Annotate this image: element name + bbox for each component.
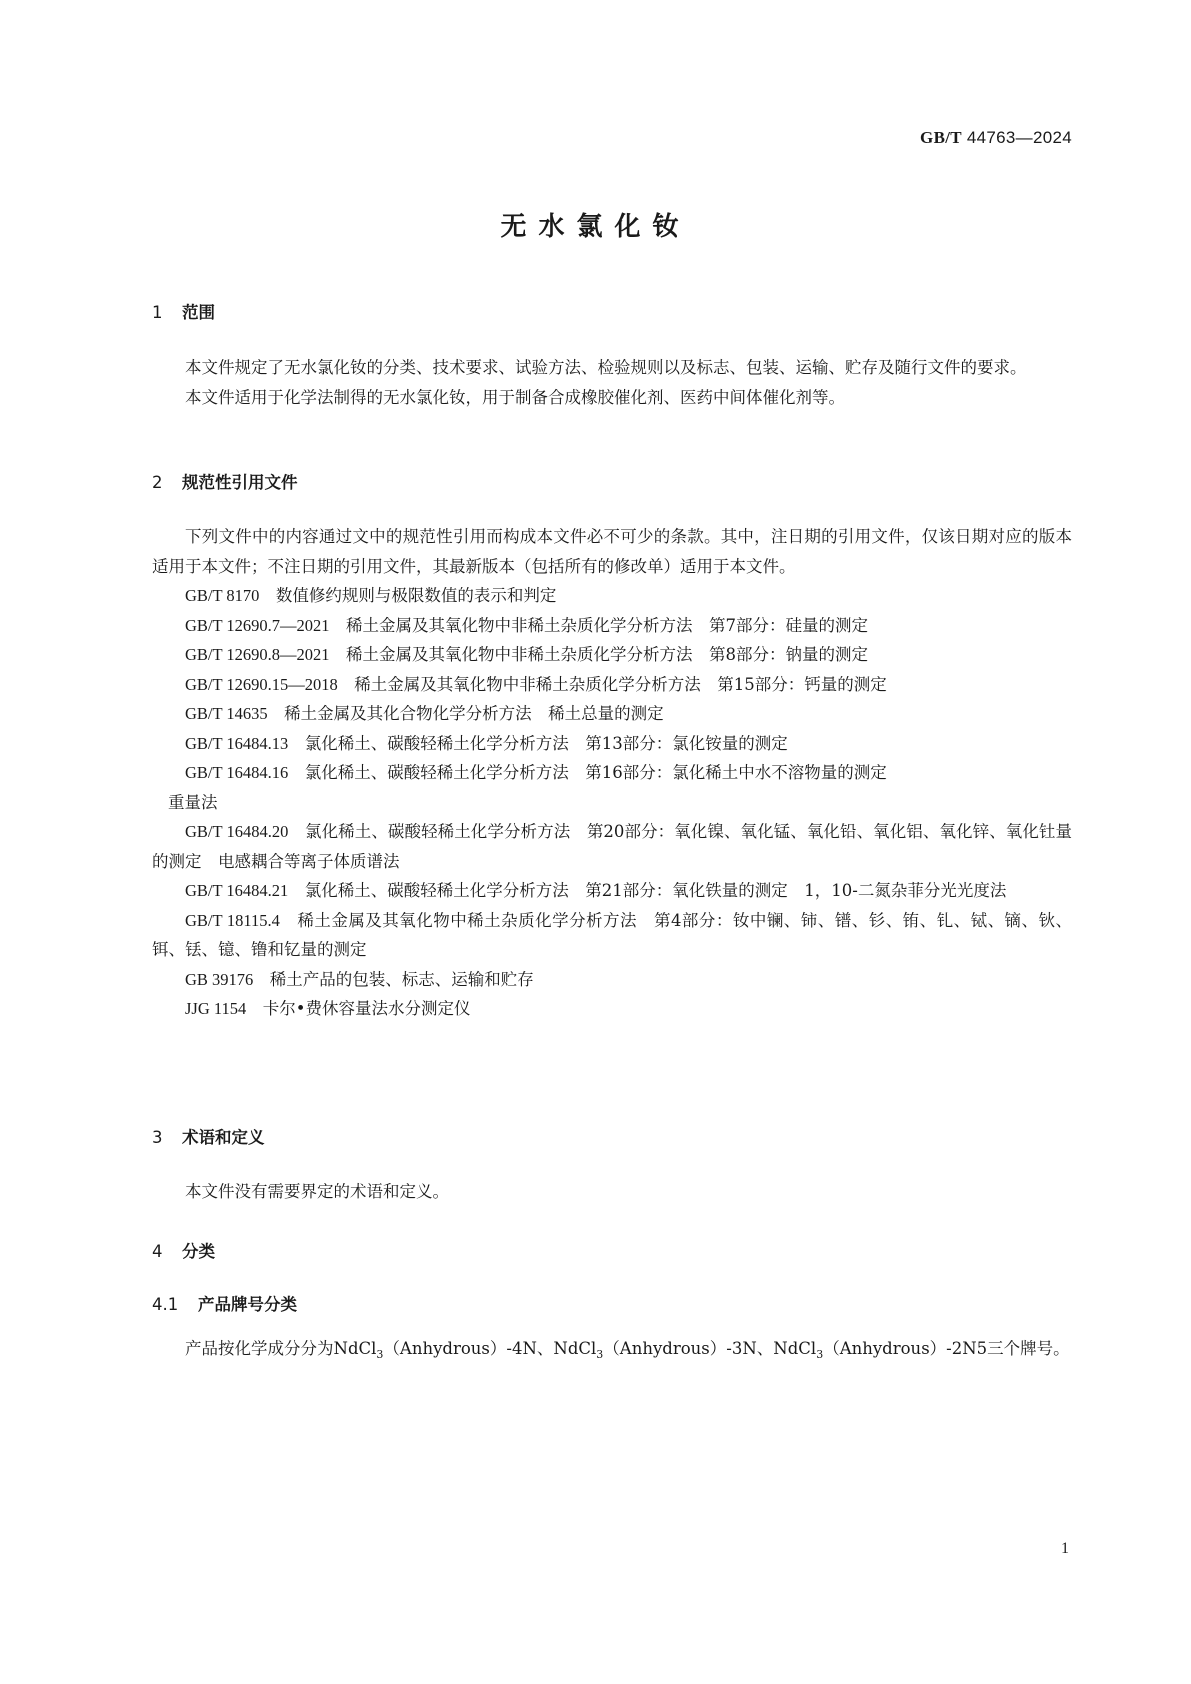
reference-title: 稀土产品的包装、标志、运输和贮存 (270, 970, 534, 989)
reference-title: 氯化稀土、碳酸轻稀土化学分析方法 第13部分：氯化铵量的测定 (305, 734, 788, 753)
section-number: 1 (152, 303, 182, 322)
reference-code: GB/T 14635 (185, 704, 268, 723)
reference-item: GB/T 16484.21 氯化稀土、碳酸轻稀土化学分析方法 第21部分：氧化铁… (152, 876, 1072, 906)
standard-number: 44763—2024 (967, 128, 1072, 147)
grade-suffix: （Anhydrous）-3N (603, 1339, 756, 1358)
reference-code: GB 39176 (185, 970, 253, 989)
reference-code: GB/T 16484.20 (185, 822, 288, 841)
reference-code: GB/T 12690.8—2021 (185, 645, 330, 664)
reference-item: GB/T 12690.7—2021 稀土金属及其氧化物中非稀土杂质化学分析方法 … (152, 611, 1072, 641)
text-fragment: 三个牌号。 (987, 1339, 1070, 1358)
grade-2: NdCl3（Anhydrous）-3N (553, 1339, 756, 1358)
reference-title: 稀土金属及其氧化物中稀土杂质化学分析方法 第4部分：钕中镧、铈、镨、钐、铕、钆、… (152, 911, 1072, 960)
document-title: 无水氯化钕 (0, 206, 1191, 243)
reference-code: GB/T 18115.4 (185, 911, 280, 930)
section-title: 分类 (182, 1242, 215, 1261)
grade-3: NdCl3（Anhydrous）-2N5 (773, 1339, 987, 1358)
reference-code: GB/T 16484.21 (185, 881, 288, 900)
reference-title: 氯化稀土、碳酸轻稀土化学分析方法 第20部分：氧化镍、氧化锰、氧化铅、氧化铝、氧… (152, 822, 1072, 871)
standard-code: GB/T 44763—2024 (920, 128, 1072, 148)
reference-title: 稀土金属及其化合物化学分析方法 稀土总量的测定 (284, 704, 664, 723)
page-number: 1 (1061, 1540, 1069, 1558)
reference-code: GB/T 12690.7—2021 (185, 616, 330, 635)
section-number: 2 (152, 473, 182, 492)
reference-code: GB/T 12690.15—2018 (185, 675, 338, 694)
section-2-heading: 2规范性引用文件 (152, 469, 298, 493)
reference-item: GB/T 8170 数值修约规则与极限数值的表示和判定 (152, 581, 1072, 611)
reference-item: GB 39176 稀土产品的包装、标志、运输和贮存 (152, 965, 1072, 995)
reference-code: GB/T 16484.13 (185, 734, 288, 753)
subsection-4-1-body: 产品按化学成分分为NdCl3（Anhydrous）-4N、NdCl3（Anhyd… (152, 1334, 1072, 1364)
section-1-heading: 1范围 (152, 299, 215, 323)
section-3-body: 本文件没有需要界定的术语和定义。 (152, 1177, 1072, 1207)
section-number: 4 (152, 1242, 182, 1261)
reference-code: JJG 1154 (185, 999, 246, 1018)
text-fragment: 产品按化学成分分为 (185, 1339, 334, 1358)
section-4-heading: 4分类 (152, 1238, 215, 1262)
reference-item: GB/T 18115.4 稀土金属及其氧化物中稀土杂质化学分析方法 第4部分：钕… (152, 906, 1072, 965)
formula: NdCl (553, 1339, 596, 1358)
reference-title: 氯化稀土、碳酸轻稀土化学分析方法 第21部分：氧化铁量的测定 1，10-二氮杂菲… (305, 881, 1007, 900)
section-3-heading: 3术语和定义 (152, 1124, 265, 1148)
grade-1: NdCl3（Anhydrous）-4N (334, 1339, 537, 1358)
paragraph: 本文件适用于化学法制得的无水氯化钕，用于制备合成橡胶催化剂、医药中间体催化剂等。 (152, 383, 1072, 413)
reference-title: 稀土金属及其氧化物中非稀土杂质化学分析方法 第7部分：硅量的测定 (346, 616, 868, 635)
subsection-number: 4.1 (152, 1295, 198, 1314)
paragraph: 产品按化学成分分为NdCl3（Anhydrous）-4N、NdCl3（Anhyd… (152, 1334, 1072, 1364)
reference-item: JJG 1154 卡尔•费休容量法水分测定仪 (152, 994, 1072, 1024)
section-title: 术语和定义 (182, 1128, 265, 1147)
reference-title: 稀土金属及其氧化物中非稀土杂质化学分析方法 第8部分：钠量的测定 (346, 645, 868, 664)
reference-item: GB/T 16484.20 氯化稀土、碳酸轻稀土化学分析方法 第20部分：氧化镍… (152, 817, 1072, 876)
subsection-title: 产品牌号分类 (198, 1295, 297, 1314)
paragraph: 下列文件中的内容通过文中的规范性引用而构成本文件必不可少的条款。其中，注日期的引… (152, 522, 1072, 581)
separator: 、 (537, 1339, 554, 1358)
section-1-body: 本文件规定了无水氯化钕的分类、技术要求、试验方法、检验规则以及标志、包装、运输、… (152, 353, 1072, 412)
reference-title: 数值修约规则与极限数值的表示和判定 (276, 586, 557, 605)
standard-prefix: GB/T (920, 128, 962, 147)
reference-item: GB/T 16484.13 氯化稀土、碳酸轻稀土化学分析方法 第13部分：氯化铵… (152, 729, 1072, 759)
separator: 、 (757, 1339, 774, 1358)
reference-item: GB/T 12690.15—2018 稀土金属及其氧化物中非稀土杂质化学分析方法… (152, 670, 1072, 700)
reference-item: GB/T 16484.16 氯化稀土、碳酸轻稀土化学分析方法 第16部分：氯化稀… (152, 758, 1072, 817)
formula: NdCl (334, 1339, 377, 1358)
grade-suffix: （Anhydrous）-4N (383, 1339, 536, 1358)
grade-suffix: （Anhydrous）-2N5 (823, 1339, 987, 1358)
section-title: 规范性引用文件 (182, 473, 298, 492)
reference-code: GB/T 8170 (185, 586, 259, 605)
section-2-body: 下列文件中的内容通过文中的规范性引用而构成本文件必不可少的条款。其中，注日期的引… (152, 522, 1072, 1024)
section-title: 范围 (182, 303, 215, 322)
reference-continuation: 重量法 (152, 788, 1072, 818)
reference-title: 氯化稀土、碳酸轻稀土化学分析方法 第16部分：氯化稀土中水不溶物量的测定 (305, 763, 887, 782)
reference-item: GB/T 12690.8—2021 稀土金属及其氧化物中非稀土杂质化学分析方法 … (152, 640, 1072, 670)
paragraph: 本文件规定了无水氯化钕的分类、技术要求、试验方法、检验规则以及标志、包装、运输、… (152, 353, 1072, 383)
reference-list: GB/T 8170 数值修约规则与极限数值的表示和判定 GB/T 12690.7… (152, 581, 1072, 1024)
subsection-4-1-heading: 4.1产品牌号分类 (152, 1291, 297, 1315)
reference-title: 卡尔•费休容量法水分测定仪 (263, 999, 471, 1018)
reference-title: 稀土金属及其氧化物中非稀土杂质化学分析方法 第15部分：钙量的测定 (354, 675, 887, 694)
reference-item: GB/T 14635 稀土金属及其化合物化学分析方法 稀土总量的测定 (152, 699, 1072, 729)
formula: NdCl (773, 1339, 816, 1358)
paragraph: 本文件没有需要界定的术语和定义。 (152, 1177, 1072, 1207)
reference-code: GB/T 16484.16 (185, 763, 288, 782)
section-number: 3 (152, 1128, 182, 1147)
